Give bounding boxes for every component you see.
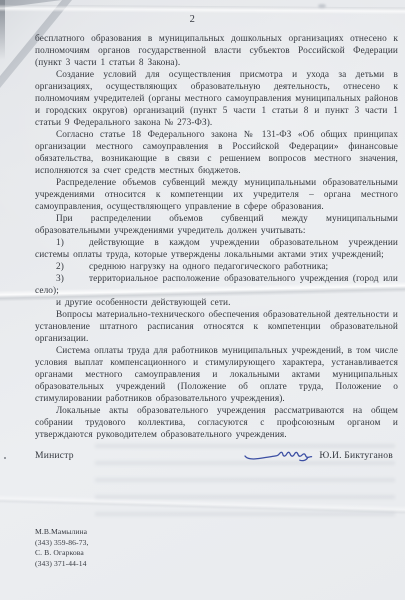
scan-dot-artifact (4, 457, 6, 459)
footer-contact-line: (343) 371-44-14 (35, 559, 88, 570)
signature-title: Министр (35, 450, 74, 461)
body-paragraph: Создание условий для осуществления присм… (35, 69, 398, 129)
body-paragraph: Локальные акты образовательного учрежден… (35, 405, 398, 441)
signature-name: Ю.И. Биктуганов (319, 450, 393, 461)
body-paragraph: Согласно статье 18 Федерального закона №… (35, 129, 398, 177)
list-item: 3)территориальное расположение образоват… (35, 273, 398, 297)
list-item-number: 3) (56, 273, 89, 285)
list-item: 2)среднюю нагрузку на одного педагогичес… (35, 261, 398, 273)
footer-contact-line: С. В. Огаркова (35, 548, 88, 559)
scanned-page: 2 бесплатного образования в муниципальны… (0, 0, 405, 600)
page-number: 2 (0, 14, 385, 25)
footer-contact-line: (343) 359-86-73, (35, 538, 88, 549)
body-paragraph: Система оплаты труда для работников муни… (35, 345, 398, 405)
list-item-text: территориальное расположение образовател… (35, 274, 398, 296)
list-item-number: 2) (56, 261, 89, 273)
footer-contact-line: М.В.Мамылина (35, 527, 88, 538)
scan-edge-shade (0, 0, 5, 60)
body-paragraph: Вопросы материально-технического обеспеч… (35, 309, 398, 345)
body-paragraph: и другие особенности действующей сети. (35, 297, 398, 309)
list-item: 1)действующие в каждом учреждении образо… (35, 237, 398, 261)
paper-crease (0, 494, 405, 515)
list-item-text: действующие в каждом учреждении образова… (35, 238, 398, 260)
list-item-text: среднюю нагрузку на одного педагогическо… (89, 262, 328, 272)
body-paragraph: Распределение объемов субвенций между му… (35, 177, 398, 213)
document-body: бесплатного образования в муниципальных … (35, 33, 398, 441)
footer-contacts: М.В.Мамылина (343) 359-86-73, С. В. Огар… (35, 527, 88, 569)
body-paragraph: бесплатного образования в муниципальных … (35, 33, 398, 69)
list-item-number: 1) (56, 237, 89, 249)
signature-scribble (243, 446, 321, 471)
signature-block: Министр Ю.И. Биктуганов (35, 446, 398, 470)
body-paragraph: При распределении объемов субвенций межд… (35, 213, 398, 237)
scan-smudge (318, 4, 326, 8)
